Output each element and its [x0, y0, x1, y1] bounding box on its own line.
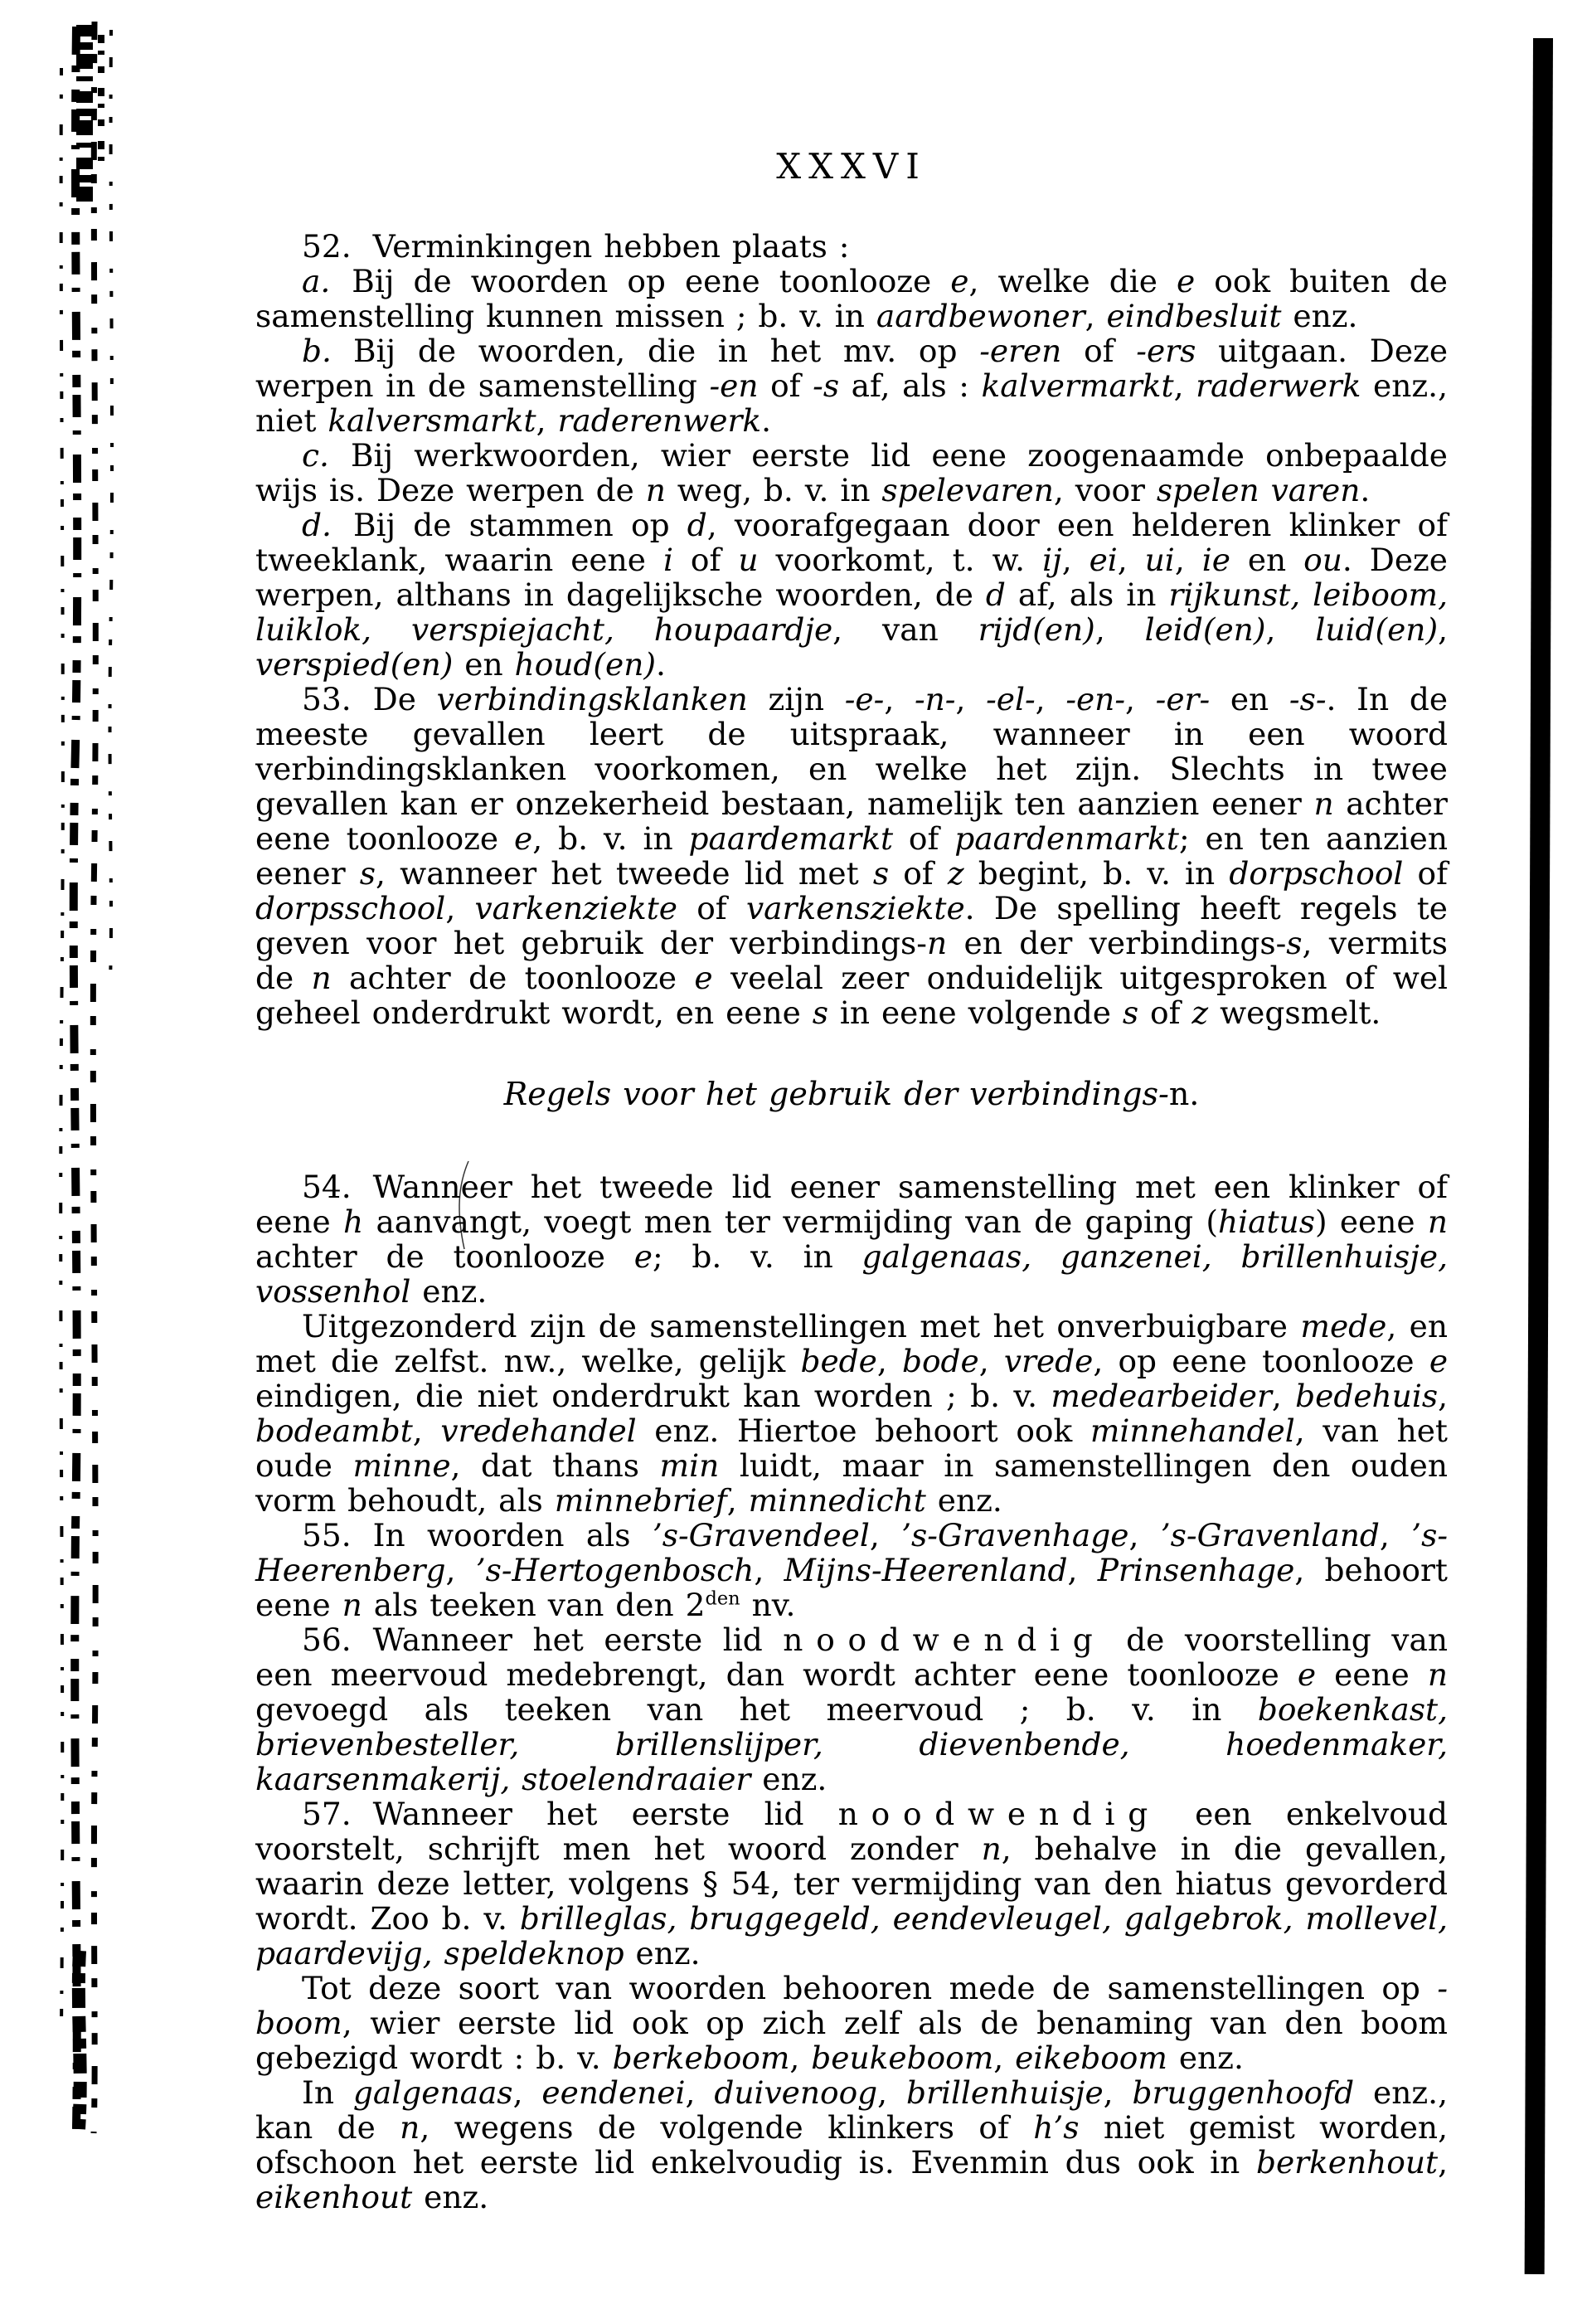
paragraph-52-intro: 52.Verminkingen hebben plaats : — [255, 229, 1448, 264]
section-heading: Regels voor het gebruik der verbindings-… — [255, 1077, 1448, 1111]
paragraph-54: 54.Wanneer het tweede lid eener samenste… — [255, 1169, 1448, 1309]
document-body: 52.Verminkingen hebben plaats :a.Bij de … — [255, 229, 1448, 2215]
paragraph-52c: c.Bij werkwoorden, wier eerste lid eene … — [255, 438, 1448, 508]
paragraph-52d: d.Bij de stammen op d, voorafgegaan door… — [255, 508, 1448, 682]
scan-edge-bar — [1525, 38, 1553, 2274]
paragraph-57-final: In galgenaas, eendenei, duivenoog, brill… — [255, 2075, 1448, 2215]
paragraph-57-boom: Tot deze soort van woorden behooren mede… — [255, 1971, 1448, 2075]
paragraph-54-exception: Uitgezonderd zijn de samenstellingen met… — [255, 1309, 1448, 1518]
paragraph-56: 56.Wanneer het eerste lid noodwendig de … — [255, 1622, 1448, 1796]
paragraph-53: 53.De verbindingsklanken zijn -e-, -n-, … — [255, 682, 1448, 1030]
paragraph-52a: a.Bij de woorden op eene toonlooze e, we… — [255, 264, 1448, 333]
paragraph-57: 57.Wanneer het eerste lid noodwendig een… — [255, 1796, 1448, 1971]
paragraph-55: 55.In woorden als ’s-Gravendeel, ’s-Grav… — [255, 1518, 1448, 1622]
page-number: XXXVI — [255, 146, 1448, 187]
scan-gutter-noise — [51, 18, 126, 2142]
scanned-page: XXXVI 52.Verminkingen hebben plaats :a.B… — [0, 0, 1587, 2324]
paragraph-52b: b.Bij de woorden, die in het mv. op -ere… — [255, 333, 1448, 438]
